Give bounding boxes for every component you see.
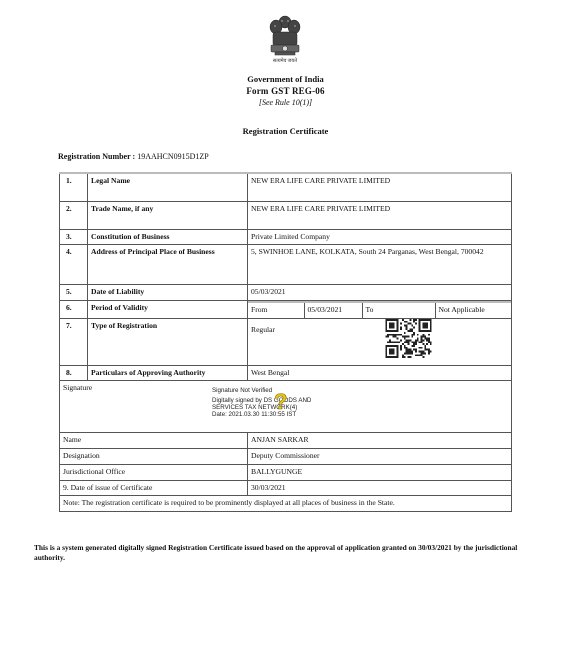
table-row: 3. Constitution of Business Private Limi…: [60, 229, 512, 245]
validity-cell: From 05/03/2021 To Not Applicable: [248, 300, 512, 318]
row-number: 8.: [60, 365, 88, 381]
note-text: Note: The registration certificate is re…: [60, 496, 512, 512]
row-number: 1.: [60, 173, 88, 201]
validity-to-value: Not Applicable: [435, 302, 511, 318]
field-label: Date of Liability: [88, 285, 248, 301]
row-number: 5.: [60, 285, 88, 301]
row-number: 7.: [60, 318, 88, 365]
validity-from-value: 05/03/2021: [304, 302, 362, 318]
digital-signature-block[interactable]: Signature Not Verified Digitally signed …: [212, 388, 311, 418]
emblem-motto: सत्यमेव जयते: [258, 58, 312, 64]
registration-number-label: Registration Number :: [58, 152, 135, 161]
table-row: 7. Type of Registration Regular: [60, 318, 512, 365]
constitution-value: Private Limited Company: [248, 229, 512, 245]
field-label: Trade Name, if any: [88, 201, 248, 229]
note-row: Note: The registration certificate is re…: [60, 496, 512, 512]
approving-authority-value: West Bengal: [248, 365, 512, 381]
officer-row: Jurisdictional Office BALLYGUNGE: [60, 464, 512, 480]
signature-status: Signature Not Verified: [212, 388, 311, 395]
field-label: Particulars of Approving Authority: [88, 365, 248, 381]
field-label: Period of Validity: [88, 300, 248, 318]
table-row: 4. Address of Principal Place of Busines…: [60, 245, 512, 285]
address-value: 5, SWINHOE LANE, KOLKATA, South 24 Parga…: [248, 245, 512, 285]
officer-label: Name: [60, 433, 248, 449]
validity-from-label: From: [248, 302, 304, 318]
form-title: Form GST REG-06: [0, 86, 571, 96]
signature-label: Signature: [63, 383, 92, 392]
registration-type-text: Regular: [251, 326, 508, 335]
certificate-title: Registration Certificate: [0, 126, 571, 136]
legal-name-value: NEW ERA LIFE CARE PRIVATE LIMITED: [248, 173, 512, 201]
government-heading: Government of India: [0, 74, 571, 84]
field-label: Constitution of Business: [88, 229, 248, 245]
issue-date-value: 30/03/2021: [248, 480, 512, 496]
question-mark-icon[interactable]: ?: [274, 391, 287, 413]
rule-reference: [See Rule 10(1)]: [0, 98, 571, 107]
registration-number-value: 19AAHCN0915D1ZP: [137, 152, 209, 161]
field-label: Type of Registration: [88, 318, 248, 365]
designation-value: Deputy Commissioner: [248, 449, 512, 465]
table-row: 5. Date of Liability 05/03/2021: [60, 285, 512, 301]
signature-cell: Signature Signature Not Verified Digital…: [60, 381, 512, 433]
date-of-liability-value: 05/03/2021: [248, 285, 512, 301]
registration-number-line: Registration Number : 19AAHCN0915D1ZP: [58, 152, 209, 161]
trade-name-value: NEW ERA LIFE CARE PRIVATE LIMITED: [248, 201, 512, 229]
table-row: 8. Particulars of Approving Authority We…: [60, 365, 512, 381]
field-label: Address of Principal Place of Business: [88, 245, 248, 285]
validity-to-label: To: [362, 302, 435, 318]
field-label: Legal Name: [88, 173, 248, 201]
row-number: 2.: [60, 201, 88, 229]
certificate-table: 1. Legal Name NEW ERA LIFE CARE PRIVATE …: [59, 172, 512, 512]
officer-label: 9. Date of issue of Certificate: [60, 480, 248, 496]
row-number: 3.: [60, 229, 88, 245]
signature-row: Signature Signature Not Verified Digital…: [60, 381, 512, 433]
officer-label: Designation: [60, 449, 248, 465]
officer-name-value: ANJAN SARKAR: [248, 433, 512, 449]
table-row: 2. Trade Name, if any NEW ERA LIFE CARE …: [60, 201, 512, 229]
officer-row: Designation Deputy Commissioner: [60, 449, 512, 465]
jurisdictional-office-value: BALLYGUNGE: [248, 464, 512, 480]
officer-row: Name ANJAN SARKAR: [60, 433, 512, 449]
registration-type-value: Regular: [248, 318, 512, 365]
table-row: 6. Period of Validity From 05/03/2021 To…: [60, 300, 512, 318]
signature-date: Date: 2021.03.30 11:30:55 IST: [212, 412, 311, 419]
row-number: 6.: [60, 300, 88, 318]
officer-row: 9. Date of issue of Certificate 30/03/20…: [60, 480, 512, 496]
qr-code-icon: [385, 319, 432, 358]
row-number: 4.: [60, 245, 88, 285]
table-row: 1. Legal Name NEW ERA LIFE CARE PRIVATE …: [60, 173, 512, 201]
officer-label: Jurisdictional Office: [60, 464, 248, 480]
system-generated-footer: This is a system generated digitally sig…: [34, 543, 544, 564]
